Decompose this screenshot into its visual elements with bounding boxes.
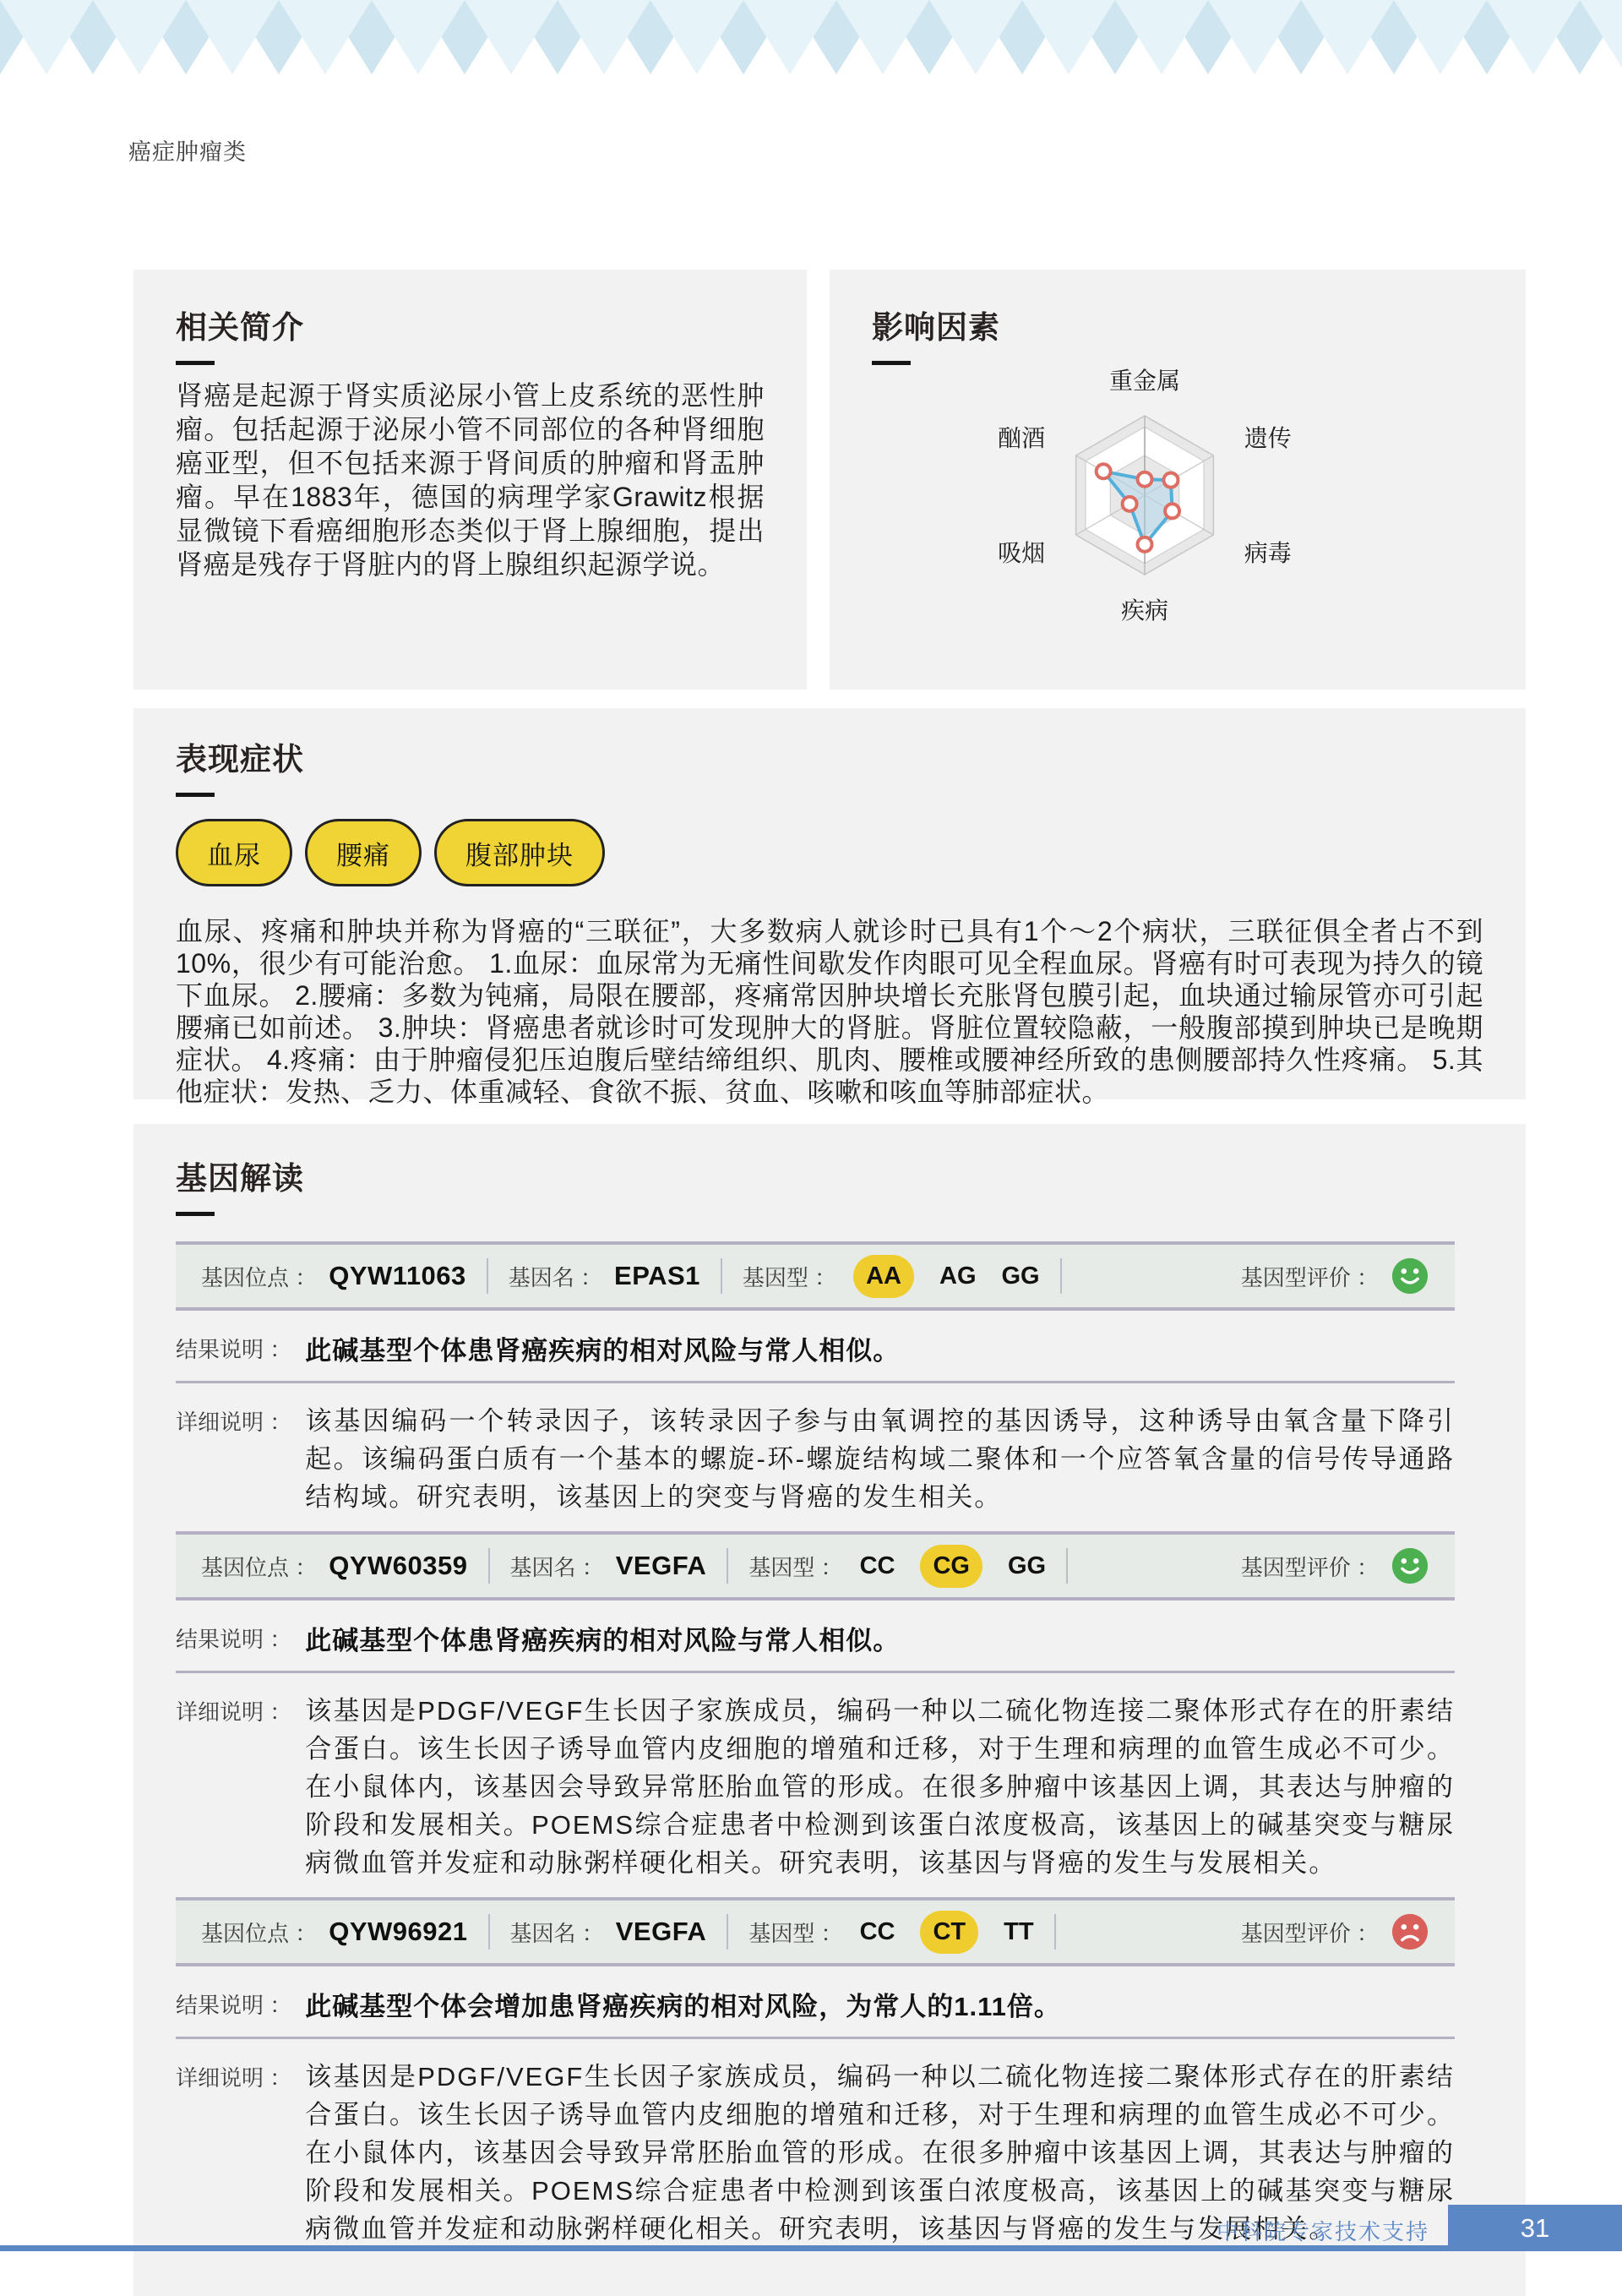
gene-header-bar: 基因位点 ： QYW96921 基因名 ： VEGFA 基因型 ： CCCTTT… — [176, 1897, 1455, 1966]
smiley-face-icon — [1391, 1546, 1429, 1585]
genotype-option-highlighted: CT — [920, 1911, 978, 1954]
page-number: 31 — [1521, 2213, 1549, 2244]
genotype-option: GG — [1002, 1263, 1040, 1290]
intro-title: 相关简介 — [176, 302, 765, 347]
genotype-option-highlighted: AA — [853, 1255, 914, 1298]
radar-category-label: 酗酒 — [998, 425, 1045, 451]
gene-name-label: 基因名 ： — [510, 1551, 604, 1582]
gene-detail-text: 该基因编码一个转录因子，该转录因子参与由氧调控的基因诱导，这种诱导由氧含量下降引… — [305, 1402, 1455, 1516]
gene-name-value: EPAS1 — [614, 1261, 700, 1291]
horizontal-divider — [176, 1671, 1455, 1673]
smiley-face-icon — [1391, 1257, 1429, 1295]
evaluation-label: 基因型评价 ： — [1241, 1917, 1379, 1948]
gene-locus-value: QYW11063 — [329, 1261, 466, 1291]
page-number-badge: 31 — [1448, 2205, 1622, 2251]
gene-list: 基因位点 ： QYW11063 基因名 ： EPAS1 基因型 ： AAAGGG… — [176, 1241, 1455, 2248]
vertical-divider — [721, 1258, 722, 1294]
genotype-list: AAAGGG — [853, 1255, 1040, 1298]
radar-category-label: 重金属 — [1109, 368, 1180, 394]
gene-name-value: VEGFA — [616, 1917, 707, 1947]
horizontal-divider — [176, 1381, 1455, 1383]
title-underline — [176, 1212, 215, 1216]
vertical-divider — [727, 1548, 728, 1584]
result-label: 结果说明 ： — [176, 1985, 291, 2020]
genotype-option: CC — [860, 1918, 895, 1946]
vertical-divider — [1060, 1258, 1062, 1294]
gene-header-bar: 基因位点 ： QYW60359 基因名 ： VEGFA 基因型 ： CCCGGG… — [176, 1531, 1455, 1601]
vertical-divider — [1066, 1548, 1068, 1584]
sad-face-icon — [1391, 1912, 1429, 1951]
page-category-label: 癌症肿瘤类 — [128, 134, 247, 166]
genotype-option: TT — [1004, 1918, 1033, 1946]
radar-data-marker — [1138, 472, 1152, 487]
radar-category-label: 吸烟 — [998, 540, 1045, 566]
gene-detail-text: 该基因是PDGF/VEGF生长因子家族成员，编码一种以二硫化物连接二聚体形式存在… — [305, 1692, 1455, 1882]
vertical-divider — [488, 1548, 490, 1584]
gene-name-label: 基因名 ： — [509, 1261, 602, 1292]
detail-label: 详细说明 ： — [176, 1402, 291, 1437]
factors-section: 影响因素 重金属遗传病毒疾病吸烟酗酒 — [830, 270, 1526, 690]
evaluation-label: 基因型评价 ： — [1241, 1261, 1379, 1292]
evaluation-label: 基因型评价 ： — [1241, 1551, 1379, 1582]
gene-locus-label: 基因位点 ： — [201, 1917, 317, 1948]
symptoms-title: 表现症状 — [176, 734, 1483, 779]
genotype-option: CC — [860, 1552, 895, 1580]
genotype-label: 基因型 ： — [748, 1551, 842, 1582]
banner-pattern — [0, 0, 1622, 78]
intro-section: 相关简介 肾癌是起源于肾实质泌尿小管上皮系统的恶性肿瘤。包括起源于泌尿小管不同部… — [133, 270, 807, 690]
factors-title: 影响因素 — [872, 302, 1483, 347]
radar-data-marker — [1138, 537, 1152, 552]
genotype-option-highlighted: CG — [920, 1545, 982, 1588]
gene-result-text: 此碱基型个体患肾癌疾病的相对风险与常人相似。 — [305, 1619, 900, 1657]
title-underline — [176, 793, 215, 797]
genes-section: 基因解读 基因位点 ： QYW11063 基因名 ： EPAS1 基因型 ： A… — [133, 1124, 1526, 2296]
footer-support-text: 中科院专家技术支持 — [0, 2215, 1429, 2246]
symptom-tag-pill: 血尿 — [176, 819, 292, 886]
genotype-label: 基因型 ： — [743, 1261, 836, 1292]
radar-data-marker — [1097, 464, 1111, 478]
gene-result-text: 此碱基型个体会增加患肾癌疾病的相对风险，为常人的1.11倍。 — [305, 1985, 1061, 2023]
radar-category-label: 疾病 — [1121, 597, 1168, 624]
footer-line — [0, 2245, 1448, 2251]
gene-block: 基因位点 ： QYW11063 基因名 ： EPAS1 基因型 ： AAAGGG… — [176, 1241, 1455, 1516]
intro-body-text: 肾癌是起源于肾实质泌尿小管上皮系统的恶性肿瘤。包括起源于泌尿小管不同部位的各种肾… — [176, 379, 765, 581]
vertical-divider — [1054, 1914, 1056, 1950]
genotype-list: CCCTTT — [860, 1911, 1034, 1954]
result-label: 结果说明 ： — [176, 1329, 291, 1364]
radar-data-marker — [1163, 473, 1178, 488]
radar-data-marker — [1165, 504, 1179, 518]
symptom-tags: 血尿腰痛腹部肿块 — [176, 819, 1483, 886]
gene-block: 基因位点 ： QYW60359 基因名 ： VEGFA 基因型 ： CCCGGG… — [176, 1531, 1455, 1882]
gene-locus-label: 基因位点 ： — [201, 1261, 317, 1292]
symptoms-body-text: 血尿、疼痛和肿块并称为肾癌的“三联征”，大多数病人就诊时已具有1个～2个病状，三… — [176, 915, 1483, 1108]
vertical-divider — [727, 1914, 728, 1950]
genotype-label: 基因型 ： — [748, 1917, 842, 1948]
gene-result-row: 结果说明 ： 此碱基型个体患肾癌疾病的相对风险与常人相似。 — [176, 1619, 1455, 1657]
gene-block: 基因位点 ： QYW96921 基因名 ： VEGFA 基因型 ： CCCTTT… — [176, 1897, 1455, 2248]
detail-label: 详细说明 ： — [176, 1692, 291, 1726]
symptoms-section: 表现症状 血尿腰痛腹部肿块 血尿、疼痛和肿块并称为肾癌的“三联征”，大多数病人就… — [133, 708, 1526, 1099]
radar-category-label: 遗传 — [1244, 425, 1292, 451]
gene-locus-label: 基因位点 ： — [201, 1551, 317, 1582]
gene-locus-value: QYW60359 — [329, 1551, 467, 1581]
gene-result-row: 结果说明 ： 此碱基型个体患肾癌疾病的相对风险与常人相似。 — [176, 1329, 1455, 1367]
radar-category-label: 病毒 — [1244, 540, 1292, 566]
gene-name-label: 基因名 ： — [510, 1917, 604, 1948]
symptom-tag-pill: 腹部肿块 — [434, 819, 605, 886]
banner-triangles-icon — [0, 0, 1622, 78]
gene-detail-row: 详细说明 ： 该基因是PDGF/VEGF生长因子家族成员，编码一种以二硫化物连接… — [176, 1692, 1455, 1882]
genotype-list: CCCGGG — [860, 1545, 1047, 1588]
gene-result-text: 此碱基型个体患肾癌疾病的相对风险与常人相似。 — [305, 1329, 900, 1367]
symptom-tag-pill: 腰痛 — [305, 819, 422, 886]
genotype-option: AG — [939, 1263, 977, 1290]
genes-title: 基因解读 — [176, 1153, 1455, 1198]
gene-detail-row: 详细说明 ： 该基因编码一个转录因子，该转录因子参与由氧调控的基因诱导，这种诱导… — [176, 1402, 1455, 1516]
gene-header-bar: 基因位点 ： QYW11063 基因名 ： EPAS1 基因型 ： AAAGGG… — [176, 1241, 1455, 1311]
gene-name-value: VEGFA — [616, 1551, 707, 1581]
gene-result-row: 结果说明 ： 此碱基型个体会增加患肾癌疾病的相对风险，为常人的1.11倍。 — [176, 1985, 1455, 2023]
vertical-divider — [487, 1258, 488, 1294]
genotype-option: GG — [1008, 1552, 1046, 1580]
title-underline — [176, 361, 215, 365]
result-label: 结果说明 ： — [176, 1619, 291, 1654]
radar-data-marker — [1123, 497, 1137, 511]
vertical-divider — [488, 1914, 490, 1950]
detail-label: 详细说明 ： — [176, 2058, 291, 2092]
gene-locus-value: QYW96921 — [329, 1917, 467, 1947]
influence-radar-chart: 重金属遗传病毒疾病吸烟酗酒 — [830, 355, 1526, 668]
horizontal-divider — [176, 2037, 1455, 2039]
